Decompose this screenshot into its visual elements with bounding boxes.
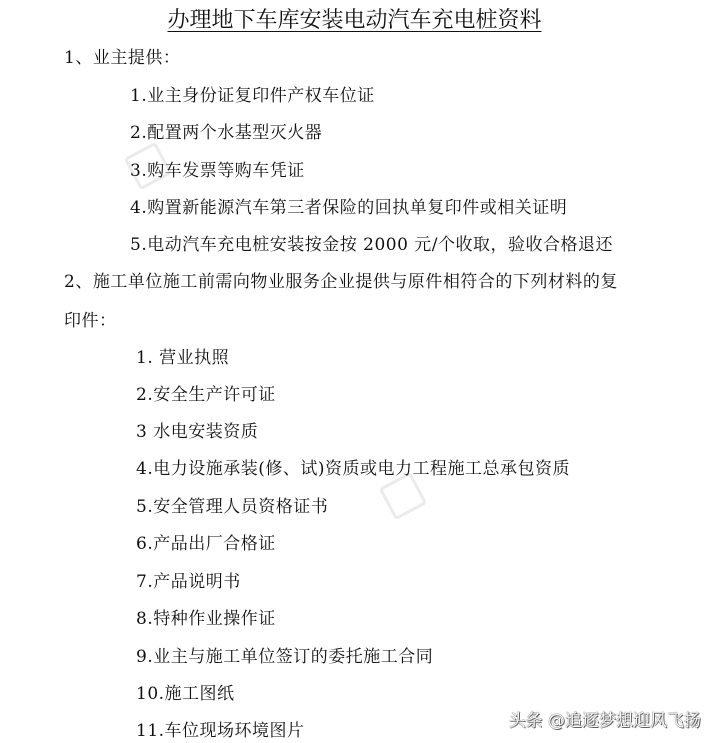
section2-item: 2.安全生产许可证 [136, 383, 276, 407]
document-title: 办理地下车库安装电动汽车充电桩资料 [0, 6, 709, 36]
section2-item: 9.业主与施工单位签订的委托施工合同 [136, 645, 433, 669]
section2-heading: 2、施工单位施工前需向物业服务企业提供与原件相符合的下列材料的复 [64, 270, 618, 294]
section2-item: 1. 营业执照 [136, 346, 229, 370]
faint-watermark-stamp-icon [124, 142, 173, 191]
section1-item: 5.电动汽车充电桩安装按金按 2000 元/个收取，验收合格退还 [130, 233, 613, 257]
section2-heading-cont: 印件： [64, 309, 117, 333]
section1-item: 1.业主身份证复印件产权车位证 [130, 84, 375, 108]
section2-item: 5.安全管理人员资格证书 [136, 495, 328, 519]
toutiao-watermark: 头条 @追逐梦想迎风飞扬 [509, 706, 701, 731]
section2-item: 8.特种作业操作证 [136, 607, 276, 631]
section2-item: 4.电力设施承装(修、试)资质或电力工程施工总承包资质 [136, 457, 570, 481]
section2-item: 3 水电安装资质 [136, 420, 258, 444]
section2-item: 7.产品说明书 [136, 570, 241, 594]
section2-item: 11.车位现场环境图片 [136, 719, 305, 743]
section2-item: 6.产品出厂合格证 [136, 532, 276, 556]
section1-item: 4.购置新能源汽车第三者保险的回执单复印件或相关证明 [130, 196, 567, 220]
section2-item: 10.施工图纸 [136, 682, 235, 706]
section1-item: 2.配置两个水基型灭火器 [130, 121, 322, 145]
section1-heading: 1、业主提供： [64, 46, 180, 70]
